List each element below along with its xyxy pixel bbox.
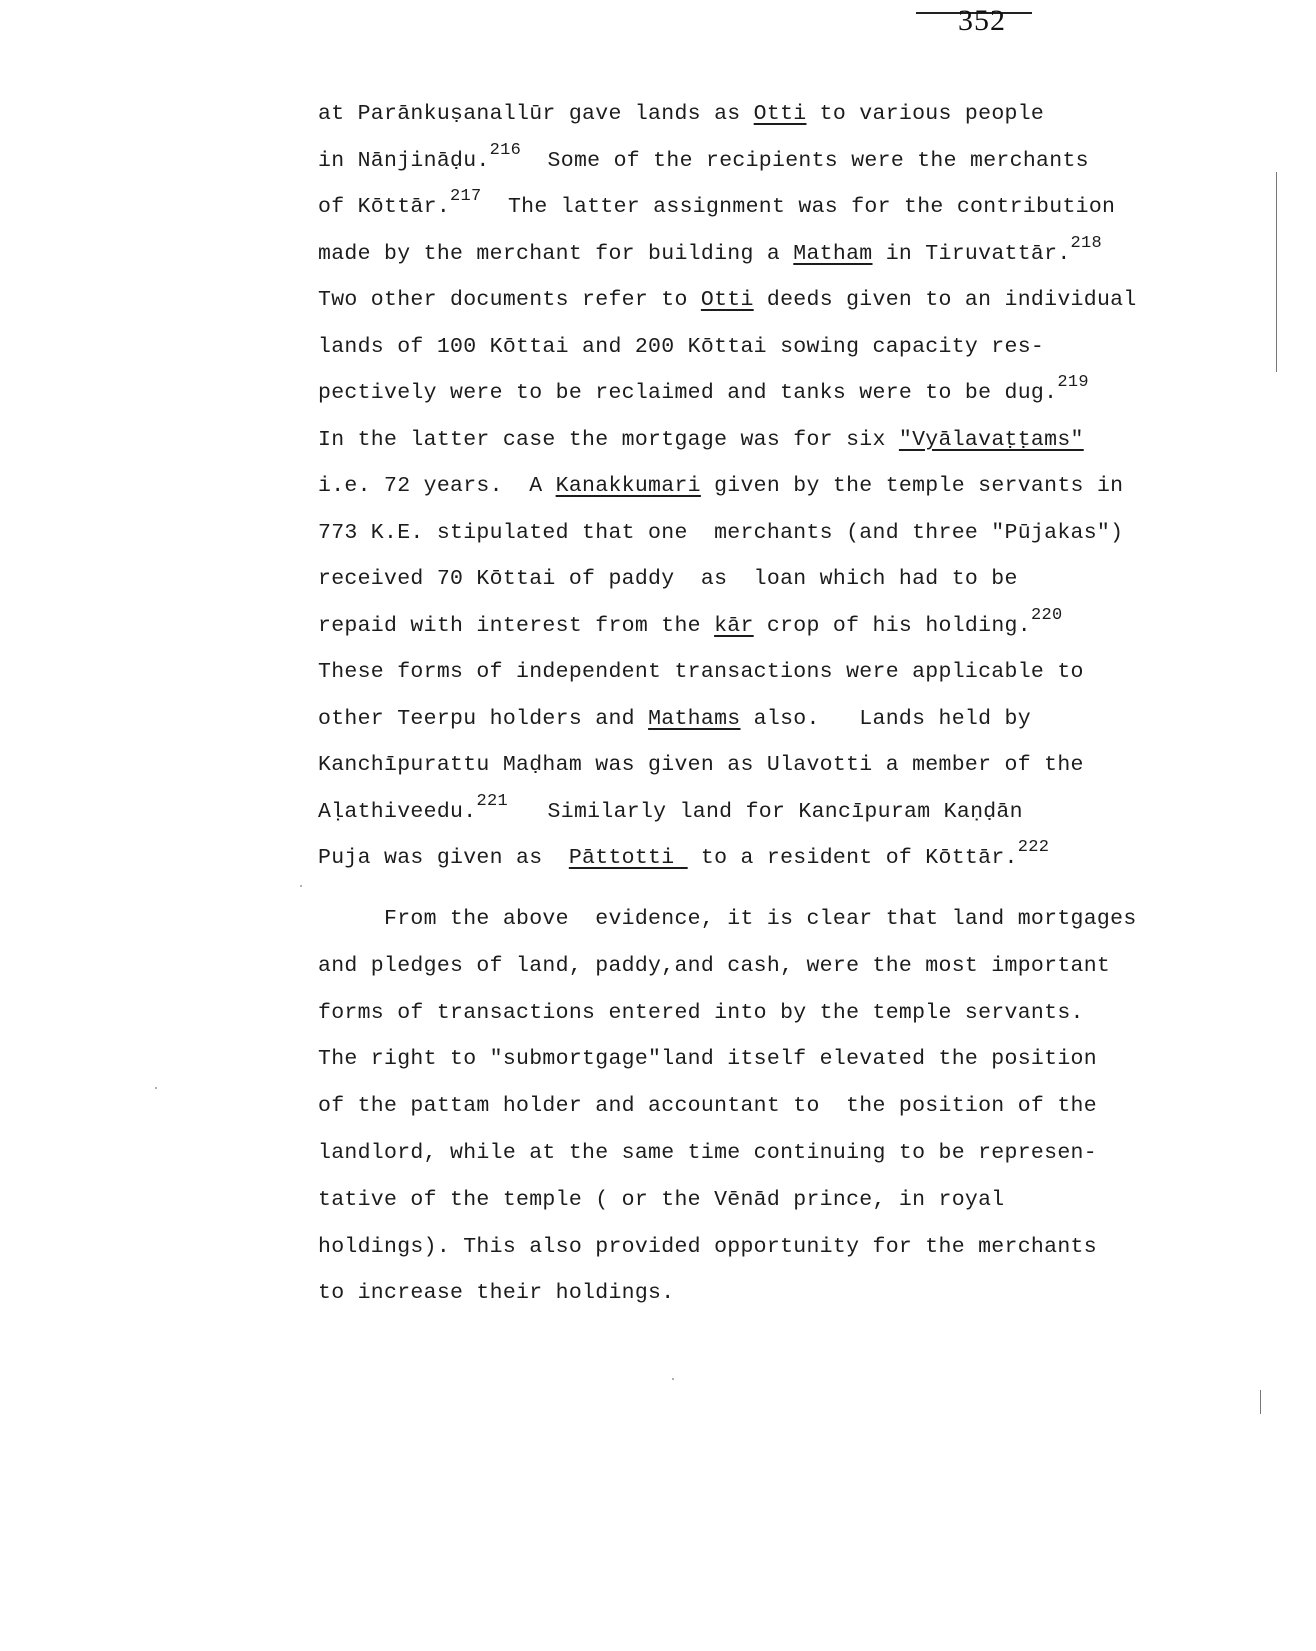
- text-segment: Similarly land for Kancīpuram Kaṇḍān: [508, 800, 1023, 824]
- text-line: These forms of independent transactions …: [318, 660, 1084, 684]
- scan-margin-line: [1260, 1390, 1261, 1414]
- text-line: to increase their holdings.: [318, 1281, 674, 1305]
- text-line: of the pattam holder and accountant to t…: [318, 1094, 1097, 1118]
- text-line: From the above evidence, it is clear tha…: [318, 907, 1137, 931]
- text-segment: of the pattam holder and accountant to t…: [318, 1094, 1097, 1118]
- footnote-ref: 220: [1031, 606, 1063, 625]
- text-segment: Aḷathiveedu.: [318, 800, 476, 824]
- underlined-term: Otti: [701, 288, 754, 312]
- underlined-term: "Vyālavaṭṭams": [899, 428, 1084, 452]
- footnote-ref: 217: [450, 187, 482, 206]
- text-segment: given by the temple servants in: [701, 474, 1123, 498]
- text-segment: Puja was given as: [318, 846, 569, 870]
- text-segment: forms of transactions entered into by th…: [318, 1001, 1084, 1025]
- text-line: holdings). This also provided opportunit…: [318, 1235, 1097, 1259]
- text-segment: Some of the recipients were the merchant…: [521, 149, 1089, 173]
- text-segment: at Parānkuṣanallūr gave lands as: [318, 102, 754, 126]
- text-line: repaid with interest from the kār crop o…: [318, 614, 1062, 638]
- text-segment: to a resident of Kōttār.: [688, 846, 1018, 870]
- text-segment: The latter assignment was for the contri…: [482, 195, 1116, 219]
- text-line: Kanchīpurattu Maḍham was given as Ulavot…: [318, 753, 1084, 777]
- text-segment: lands of 100 Kōttai and 200 Kōttai sowin…: [318, 335, 1044, 359]
- text-segment: i.e. 72 years. A: [318, 474, 556, 498]
- text-line: lands of 100 Kōttai and 200 Kōttai sowin…: [318, 335, 1044, 359]
- underlined-term: Pāttotti: [569, 846, 688, 870]
- text-segment: in Tiruvattār.: [873, 242, 1071, 266]
- text-line: in Nānjināḍu.216 Some of the recipients …: [318, 149, 1089, 173]
- underlined-term: kār: [714, 614, 754, 638]
- text-segment: Kanchīpurattu Maḍham was given as Ulavot…: [318, 753, 1084, 777]
- text-segment: repaid with interest from the: [318, 614, 714, 638]
- text-line: other Teerpu holders and Mathams also. L…: [318, 707, 1031, 731]
- text-segment: crop of his holding.: [754, 614, 1031, 638]
- text-line: Two other documents refer to Otti deeds …: [318, 288, 1137, 312]
- text-line: The right to "submortgage"land itself el…: [318, 1047, 1097, 1071]
- footnote-ref: 221: [476, 792, 508, 811]
- text-segment: to various people: [806, 102, 1044, 126]
- text-segment: other Teerpu holders and: [318, 707, 648, 731]
- text-line: landlord, while at the same time continu…: [318, 1141, 1097, 1165]
- footnote-ref: 216: [490, 141, 522, 160]
- text-line: made by the merchant for building a Math…: [318, 242, 1102, 266]
- text-segment: tative of the temple ( or the Vēnād prin…: [318, 1188, 1005, 1212]
- page-number: 352: [958, 4, 1006, 38]
- scan-speck: [672, 1378, 674, 1380]
- text-segment: pectively were to be reclaimed and tanks…: [318, 381, 1057, 405]
- text-segment: deeds given to an individual: [754, 288, 1137, 312]
- text-segment: holdings). This also provided opportunit…: [318, 1235, 1097, 1259]
- text-segment: of Kōttār.: [318, 195, 450, 219]
- text-segment: made by the merchant for building a: [318, 242, 793, 266]
- text-line: Puja was given as Pāttotti to a resident…: [318, 846, 1049, 870]
- text-line: pectively were to be reclaimed and tanks…: [318, 381, 1089, 405]
- text-segment: From the above evidence, it is clear tha…: [318, 907, 1137, 931]
- text-line: tative of the temple ( or the Vēnād prin…: [318, 1188, 1005, 1212]
- scan-speck: [300, 885, 302, 887]
- underlined-term: Kanakkumari: [556, 474, 701, 498]
- text-line: received 70 Kōttai of paddy as loan whic…: [318, 567, 1018, 591]
- footnote-ref: 218: [1071, 234, 1103, 253]
- text-line: forms of transactions entered into by th…: [318, 1001, 1084, 1025]
- text-segment: in Nānjināḍu.: [318, 149, 490, 173]
- scan-margin-line: [1276, 172, 1277, 372]
- text-segment: In the latter case the mortgage was for …: [318, 428, 899, 452]
- text-segment: received 70 Kōttai of paddy as loan whic…: [318, 567, 1018, 591]
- underlined-term: Mathams: [648, 707, 740, 731]
- underlined-term: Otti: [754, 102, 807, 126]
- text-line: i.e. 72 years. A Kanakkumari given by th…: [318, 474, 1123, 498]
- text-segment: landlord, while at the same time continu…: [318, 1141, 1097, 1165]
- text-segment: and pledges of land, paddy,and cash, wer…: [318, 954, 1110, 978]
- text-line: 773 K.E. stipulated that one merchants (…: [318, 521, 1123, 545]
- text-segment: The right to "submortgage"land itself el…: [318, 1047, 1097, 1071]
- text-segment: 773 K.E. stipulated that one merchants (…: [318, 521, 1123, 545]
- text-line: Aḷathiveedu.221 Similarly land for Kancī…: [318, 800, 1023, 824]
- text-segment: also. Lands held by: [740, 707, 1030, 731]
- text-segment: These forms of independent transactions …: [318, 660, 1084, 684]
- underlined-term: Matham: [793, 242, 872, 266]
- text-segment: to increase their holdings.: [318, 1281, 674, 1305]
- text-line: of Kōttār.217 The latter assignment was …: [318, 195, 1115, 219]
- text-line: In the latter case the mortgage was for …: [318, 428, 1084, 452]
- text-segment: Two other documents refer to: [318, 288, 701, 312]
- footnote-ref: 219: [1057, 373, 1089, 392]
- text-line: at Parānkuṣanallūr gave lands as Otti to…: [318, 102, 1044, 126]
- scan-speck: [155, 1087, 157, 1089]
- footnote-ref: 222: [1018, 838, 1050, 857]
- text-line: and pledges of land, paddy,and cash, wer…: [318, 954, 1110, 978]
